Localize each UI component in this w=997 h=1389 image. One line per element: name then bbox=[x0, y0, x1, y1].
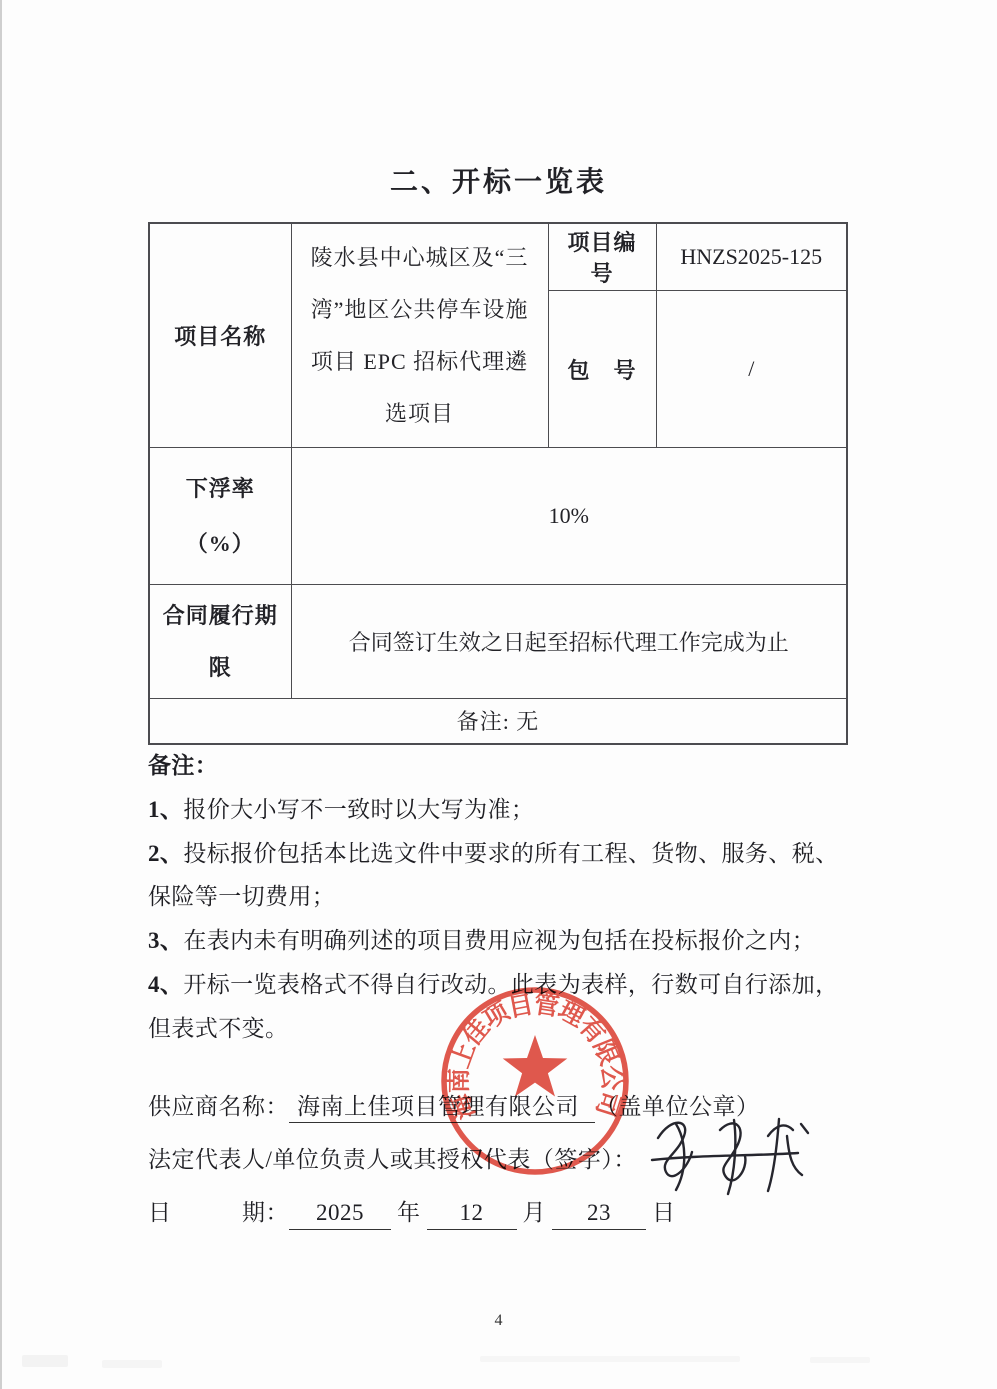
bid-opening-table: 项目名称 陵水县中心城区及“三湾”地区公共停车设施项目 EPC 招标代理遴选项目… bbox=[148, 222, 848, 745]
scan-smudge bbox=[480, 1356, 740, 1362]
discount-rate-label-line2: （%） bbox=[186, 531, 255, 556]
discount-rate-label: 下浮率 （%） bbox=[149, 448, 291, 585]
note-item-4: 4、开标一览表格式不得自行改动。此表为表样，行数可自行添加，但表式不变。 bbox=[148, 963, 854, 1051]
scan-edge bbox=[0, 0, 2, 1389]
project-number-value: HNZS2025-125 bbox=[656, 223, 847, 291]
discount-rate-label-line1: 下浮率 bbox=[186, 476, 255, 501]
package-number-value: / bbox=[656, 291, 847, 448]
table-remark: 备注: 无 bbox=[149, 699, 847, 744]
discount-rate-value: 10% bbox=[291, 448, 847, 585]
project-name-value: 陵水县中心城区及“三湾”地区公共停车设施项目 EPC 招标代理遴选项目 bbox=[291, 223, 548, 448]
note-1-number: 1、 bbox=[148, 797, 183, 822]
document-page: 二、开标一览表 项目名称 陵水县中心城区及“三湾”地区公共停车设施项目 EPC … bbox=[0, 0, 997, 1389]
note-item-3: 3、在表内未有明确列述的项目费用应视为包括在投标报价之内； bbox=[148, 919, 854, 963]
contract-period-value: 合同签订生效之日起至招标代理工作完成为止 bbox=[291, 585, 847, 699]
year-suffix: 年 bbox=[397, 1200, 421, 1225]
notes-heading: 备注： bbox=[148, 744, 854, 788]
month-suffix: 月 bbox=[523, 1200, 547, 1225]
legal-representative-line: 法定代表人/单位负责人或其授权代表（签字）： bbox=[148, 1141, 637, 1174]
date-month: 12 bbox=[427, 1200, 517, 1230]
note-4-text: 开标一览表格式不得自行改动。此表为表样，行数可自行添加，但表式不变。 bbox=[148, 972, 839, 1041]
document-title: 二、开标一览表 bbox=[0, 160, 997, 200]
note-1-text: 报价大小写不一致时以大写为准； bbox=[183, 797, 534, 822]
scan-smudge bbox=[810, 1357, 870, 1363]
date-year: 2025 bbox=[289, 1200, 391, 1230]
notes-section: 备注： 1、报价大小写不一致时以大写为准； 2、投标报价包括本比选文件中要求的所… bbox=[148, 744, 854, 1051]
date-line: 日 期：2025年12月23日 bbox=[148, 1194, 678, 1230]
date-label: 日 期： bbox=[148, 1200, 289, 1225]
note-3-number: 3、 bbox=[148, 928, 183, 953]
page-number: 4 bbox=[0, 1312, 997, 1330]
date-day: 23 bbox=[552, 1200, 646, 1230]
supplier-suffix: （盖单位公章） bbox=[595, 1094, 760, 1119]
scan-smudge bbox=[102, 1360, 162, 1368]
legal-rep-label: 法定代表人/单位负责人或其授权代表（签字）： bbox=[148, 1147, 637, 1172]
supplier-label: 供应商名称： bbox=[148, 1094, 289, 1119]
supplier-line: 供应商名称：海南上佳项目管理有限公司（盖单位公章） bbox=[148, 1088, 760, 1121]
day-suffix: 日 bbox=[652, 1200, 676, 1225]
note-2-text: 投标报价包括本比选文件中要求的所有工程、货物、服务、税、保险等一切费用； bbox=[148, 841, 839, 910]
note-3-text: 在表内未有明确列述的项目费用应视为包括在投标报价之内； bbox=[183, 928, 815, 953]
note-4-number: 4、 bbox=[148, 972, 183, 997]
scan-smudge bbox=[22, 1355, 68, 1367]
package-number-label: 包 号 bbox=[548, 291, 656, 448]
project-number-label: 项目编号 bbox=[548, 223, 656, 291]
note-2-number: 2、 bbox=[148, 841, 183, 866]
note-item-1: 1、报价大小写不一致时以大写为准； bbox=[148, 788, 854, 832]
supplier-name: 海南上佳项目管理有限公司 bbox=[289, 1094, 595, 1123]
project-name-label: 项目名称 bbox=[149, 223, 291, 448]
note-item-2: 2、投标报价包括本比选文件中要求的所有工程、货物、服务、税、保险等一切费用； bbox=[148, 832, 854, 920]
contract-period-label: 合同履行期限 bbox=[149, 585, 291, 699]
